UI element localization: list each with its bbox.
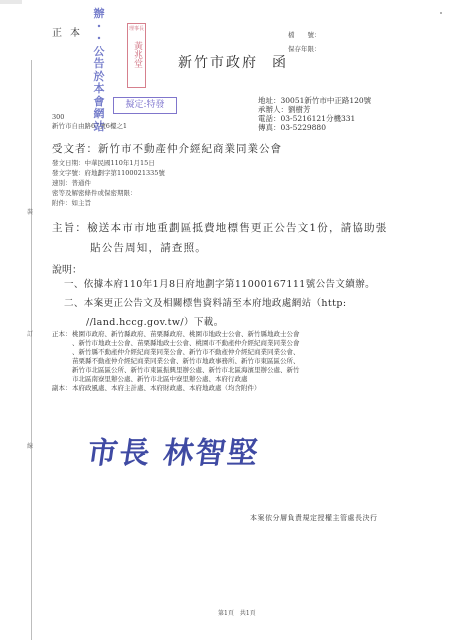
binding-mark-ding: 訂 xyxy=(27,329,33,338)
explanation-item-2: 二、本案更正公告文及相關標售資料請至本府地政處網站（http: //land.h… xyxy=(64,294,346,332)
contact-phone: 電話：03-5216121分機331 xyxy=(258,114,355,123)
stamp-char: 站 xyxy=(92,121,106,134)
subject-line-2: 貼公告周知，請查照。 xyxy=(52,238,388,258)
sender-zip: 300 xyxy=(52,113,64,121)
original-recipients: 正本：桃園市政府、新竹縣政府、苗栗縣政府、桃園市地政士公會、新竹縣地政士公會 、… xyxy=(52,330,300,384)
security-level: 密等及解密條件或保密期限： xyxy=(52,188,137,197)
document-kind: 函 xyxy=(272,55,288,71)
issue-number: 發文字號：府地劃字第1100021335號 xyxy=(52,168,165,177)
page-total: 共1頁 xyxy=(240,610,256,617)
original-line-1: 桃園市政府、新竹縣政府、苗栗縣政府、桃園市地政士公會、新竹縣地政士公會 xyxy=(72,330,300,338)
contact-handler: 承辦人：劉樹芳 xyxy=(258,105,311,114)
issue-date: 發文日期：中華民國110年1月15日 xyxy=(52,158,155,167)
stamp-char: ・ xyxy=(92,33,106,46)
document-title: 新竹市政府函 xyxy=(178,52,288,72)
delivery-speed: 速別：普通件 xyxy=(52,178,91,187)
scan-edge xyxy=(0,0,22,4)
original-line-2: 、新竹市地政士公會、苗栗縣地政士公會、桃園市不動產仲介經紀商業同業公會 xyxy=(52,339,300,348)
copy-line: 本府政風處、本府主計處、本府財政處、本府地政處（均含附件） xyxy=(72,384,261,392)
copy-recipients: 副本：本府政風處、本府主計處、本府財政處、本府地政處（均含附件） xyxy=(52,384,300,393)
subject-block: 主旨：檢送本市市地重劃區抵費地標售更正公告文1份，請協助張 貼公告周知，請查照。 xyxy=(52,218,388,258)
scan-speck xyxy=(440,12,442,14)
explanation-item-1-text: 一、依據本府110年1月8日府地劃字第11000167111號公告文續辦。 xyxy=(64,279,375,290)
signature-name: 林智堅 xyxy=(161,436,262,471)
explanation-item-2-line-1: 二、本案更正公告文及相關標售資料請至本府地政處網站（http: xyxy=(64,298,346,309)
retention-label: 保存年限： xyxy=(288,44,321,53)
original-line-5: 新竹市北區區公所、新竹市東區振興里辦公處、新竹市北區海濱里辦公處、新竹 xyxy=(52,366,300,375)
file-number-label: 檔 號： xyxy=(288,30,321,39)
distribution-block: 正本：桃園市政府、新竹縣政府、苗栗縣政府、桃園市地政士公會、新竹縣地政士公會 、… xyxy=(52,330,300,393)
stamp-char: 告 xyxy=(92,58,106,71)
stamp-char: 網 xyxy=(92,108,106,121)
stamp-char: 本 xyxy=(92,83,106,96)
agency-name: 新竹市政府 xyxy=(178,55,258,71)
recipient: 受文者：新竹市不動產仲介經紀商業同業公會 xyxy=(52,141,282,156)
original-line-6: 市北區南寮里辦公處、新竹市北區中寮里辦公處、本府行政處 xyxy=(52,375,300,384)
seal-title: 理事長 xyxy=(128,27,145,32)
authority-note: 本案依分層負責規定授權主管處長決行 xyxy=(250,513,378,523)
signature-title: 市長 xyxy=(85,436,154,471)
explanation-item-1: 一、依據本府110年1月8日府地劃字第11000167111號公告文續辦。 xyxy=(64,275,375,294)
contact-address: 地址：30051新竹市中正路120號 xyxy=(258,96,371,105)
contact-fax: 傳真：03-5229880 xyxy=(258,123,326,132)
page-footer: 第1頁共1頁 xyxy=(218,608,256,617)
posted-notice-stamp: 辦 ・ ・ 公 告 於 本 會 網 站 xyxy=(92,8,106,133)
binding-mark-zhuang: 裝 xyxy=(27,207,33,216)
stamp-char: 辦 xyxy=(92,8,106,21)
explanation-label: 說明： xyxy=(52,261,82,276)
binding-mark-xian: 線 xyxy=(27,441,33,450)
seal-name: 黃兆堂 xyxy=(131,34,142,74)
original-line-3: 、新竹縣不動產仲介經紀商業同業公會、新竹市不動產仲介經紀商業同業公會、 xyxy=(52,348,300,357)
original-label: 正本： xyxy=(52,330,72,339)
chairman-seal: 理事長 黃兆堂 xyxy=(127,23,146,88)
approval-stamp: 擬定:特發 xyxy=(113,97,177,114)
copy-type-label: 正本 xyxy=(52,24,88,39)
sender-address: 新竹市自由路67號6樓之1 xyxy=(52,121,127,130)
copy-label: 副本： xyxy=(52,384,72,393)
subject-label: 主旨： xyxy=(52,222,87,234)
subject-line-1: 檢送本市市地重劃區抵費地標售更正公告文1份，請協助張 xyxy=(87,222,387,234)
binding-line xyxy=(31,60,32,640)
attachment: 附件：如主旨 xyxy=(52,198,91,207)
page-number: 第1頁 xyxy=(218,610,234,617)
mayor-signature: 市長林智堅 xyxy=(85,428,263,472)
original-line-4: 苗栗縣不動產仲介經紀商業同業公會、新竹市地政事務所、新竹市東區區公所、 xyxy=(52,357,300,366)
